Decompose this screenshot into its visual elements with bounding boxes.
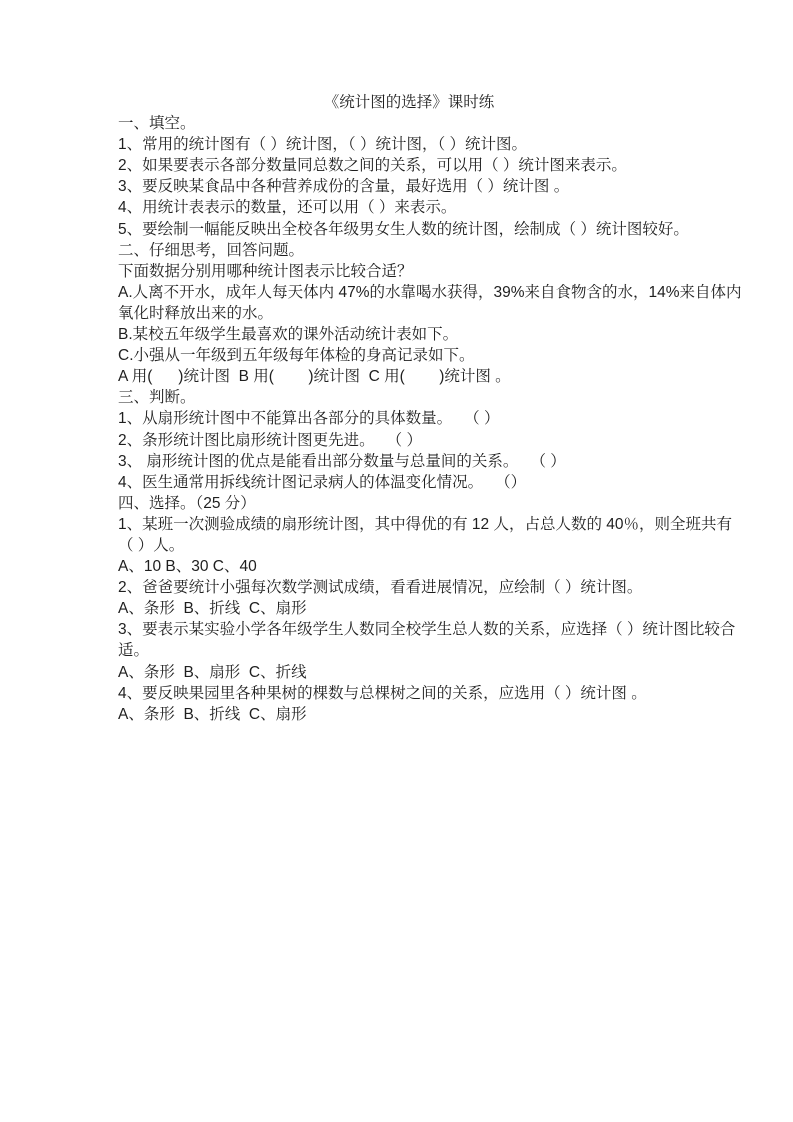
think-item-b: B.某校五年级学生最喜欢的课外活动统计表如下。 — [118, 324, 678, 345]
think-question-intro: 下面数据分别用哪种统计图表示比较合适？ — [118, 261, 678, 282]
fill-blank-item-4: 4、用统计表表示的数量，还可以用（ ）来表示。 — [118, 197, 678, 218]
section-heading-think-answer: 二、仔细思考，回答问题。 — [118, 240, 678, 261]
fill-blank-item-5: 5、要绘制一幅能反映出全校各年级男女生人数的统计图，绘制成（ ）统计图较好。 — [118, 219, 678, 240]
section-heading-fill-blanks: 一、填空。 — [118, 113, 678, 134]
fill-blank-item-2: 2、如果要表示各部分数量同总数之间的关系，可以用（ ）统计图来表示。 — [118, 155, 678, 176]
think-item-c: C.小强从一年级到五年级每年体检的身高记录如下。 — [118, 345, 678, 366]
choice-question-4: 4、要反映果园里各种果树的棵数与总棵树之间的关系，应选用（ ）统计图 。 — [118, 683, 678, 704]
document-body: 《统计图的选择》课时练 一、填空。 1、常用的统计图有（ ）统计图，（ ）统计图… — [118, 92, 678, 725]
think-item-a-line1: A.人离不开水，成年人每天体内 47%的水靠喝水获得，39%来自食物含的水，14… — [118, 282, 678, 303]
section-heading-judge: 三、判断。 — [118, 387, 678, 408]
choice-question-2-options: A、条形 B、折线 C、扇形 — [118, 598, 678, 619]
choice-question-2: 2、爸爸要统计小强每次数学测试成绩，看看进展情况，应绘制（ ）统计图。 — [118, 577, 678, 598]
judge-item-1: 1、从扇形统计图中不能算出各部分的具体数量。 （ ） — [118, 408, 678, 429]
choice-question-1-line2: （ ）人。 — [118, 535, 678, 556]
choice-question-3-line2: 适。 — [118, 640, 678, 661]
choice-question-3-line1: 3、要表示某实验小学各年级学生人数同全校学生总人数的关系，应选择（ ）统计图比较… — [118, 619, 678, 640]
judge-item-2: 2、条形统计图比扇形统计图更先进。 （ ） — [118, 430, 678, 451]
choice-question-1-line1: 1、某班一次测验成绩的扇形统计图，其中得优的有 12 人，占总人数的 40％，则… — [118, 514, 678, 535]
think-item-a-line2: 氧化时释放出来的水。 — [118, 303, 678, 324]
choice-question-3-options: A、条形 B、扇形 C、折线 — [118, 662, 678, 683]
think-answer-blanks: A 用( )统计图 B 用( )统计图 C 用( )统计图 。 — [118, 366, 678, 387]
worksheet-page: 《统计图的选择》课时练 一、填空。 1、常用的统计图有（ ）统计图，（ ）统计图… — [0, 0, 793, 1122]
choice-question-1-options: A、10 B、30 C、40 — [118, 556, 678, 577]
section-heading-choice: 四、选择。（25 分） — [118, 493, 678, 514]
choice-question-4-options: A、条形 B、折线 C、扇形 — [118, 704, 678, 725]
judge-item-3: 3、 扇形统计图的优点是能看出部分数量与总量间的关系。 （ ） — [118, 451, 678, 472]
judge-item-4: 4、医生通常用拆线统计图记录病人的体温变化情况。 （） — [118, 472, 678, 493]
fill-blank-item-3: 3、要反映某食品中各种营养成份的含量，最好选用（ ）统计图 。 — [118, 176, 678, 197]
fill-blank-item-1: 1、常用的统计图有（ ）统计图，（ ）统计图，（ ）统计图。 — [118, 134, 678, 155]
page-title: 《统计图的选择》课时练 — [118, 92, 678, 113]
